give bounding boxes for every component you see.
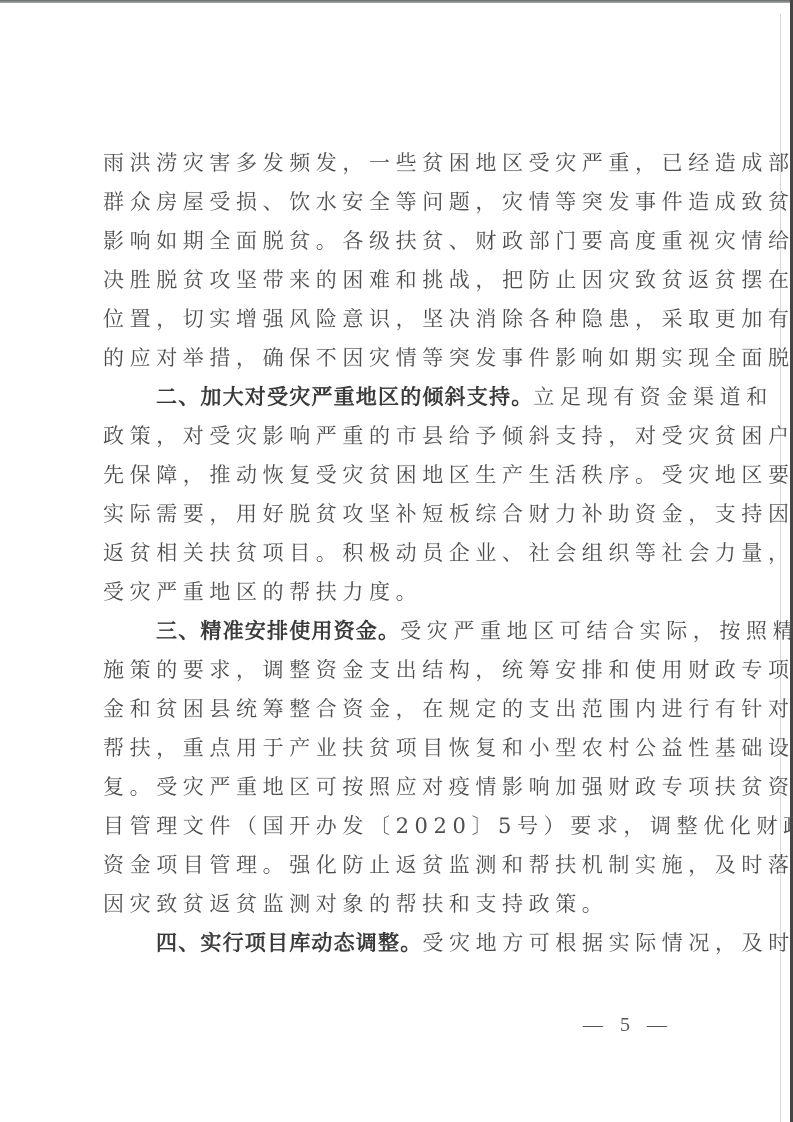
text-span: 受灾地方可根据实际情况，及时调 xyxy=(422,931,793,955)
paragraph-intro: 雨洪涝灾害多发频发，一些贫困地区受灾严重，已经造成部分贫困 群众房屋受损、饮水安… xyxy=(103,144,693,378)
text-line: 金和贫困县统筹整合资金，在规定的支出范围内进行有针对性的 xyxy=(103,690,693,729)
section-heading: 三、精准安排使用资金。 xyxy=(156,619,400,643)
text-span: 受灾严重地区可结合实际，按照精准 xyxy=(400,619,793,643)
page-number: — 5 — xyxy=(583,1014,673,1037)
text-line: 群众房屋受损、饮水安全等问题，灾情等突发事件造成致贫返贫， xyxy=(103,183,693,222)
text-line: 帮扶，重点用于产业扶贫项目恢复和小型农村公益性基础设施修 xyxy=(103,729,693,768)
text-line: 雨洪涝灾害多发频发，一些贫困地区受灾严重，已经造成部分贫困 xyxy=(103,144,693,183)
paragraph-section-3: 三、精准安排使用资金。受灾严重地区可结合实际，按照精准 施策的要求，调整资金支出… xyxy=(103,612,693,924)
text-line: 决胜脱贫攻坚带来的困难和挑战，把防止因灾致贫返贫摆在突出 xyxy=(103,261,693,300)
text-line: 四、实行项目库动态调整。受灾地方可根据实际情况，及时调 xyxy=(103,924,693,963)
text-line: 政策，对受灾影响严重的市县给予倾斜支持，对受灾贫困户给予优 xyxy=(103,417,693,456)
text-span: 立足现有资金渠道和 xyxy=(533,385,772,409)
text-line: 先保障，推动恢复受灾贫困地区生产生活秩序。受灾地区要根据 xyxy=(103,456,693,495)
text-line: 影响如期全面脱贫。各级扶贫、财政部门要高度重视灾情给决战 xyxy=(103,222,693,261)
section-heading: 二、加大对受灾严重地区的倾斜支持。 xyxy=(156,385,533,409)
scan-edge-line xyxy=(780,14,781,1122)
text-line: 位置，切实增强风险意识，坚决消除各种隐患，采取更加有力有效 xyxy=(103,300,693,339)
text-line: 二、加大对受灾严重地区的倾斜支持。立足现有资金渠道和 xyxy=(103,378,693,417)
text-line: 目管理文件（国开办发〔2020〕5号）要求，调整优化财政专项扶贫 xyxy=(103,807,693,846)
text-line: 资金项目管理。强化防止返贫监测和帮扶机制实施，及时落实对 xyxy=(103,846,693,885)
text-line: 的应对举措，确保不因灾情等突发事件影响如期实现全面脱贫。 xyxy=(103,339,693,378)
scan-edge-top xyxy=(0,0,793,3)
section-heading: 四、实行项目库动态调整。 xyxy=(156,931,422,955)
paragraph-section-2: 二、加大对受灾严重地区的倾斜支持。立足现有资金渠道和 政策，对受灾影响严重的市县… xyxy=(103,378,693,612)
text-line: 施策的要求，调整资金支出结构，统筹安排和使用财政专项扶贫资 xyxy=(103,651,693,690)
text-line: 受灾严重地区的帮扶力度。 xyxy=(103,573,693,612)
document-body: 雨洪涝灾害多发频发，一些贫困地区受灾严重，已经造成部分贫困 群众房屋受损、饮水安… xyxy=(103,144,693,963)
text-line: 因灾致贫返贫监测对象的帮扶和支持政策。 xyxy=(103,885,693,924)
text-line: 三、精准安排使用资金。受灾严重地区可结合实际，按照精准 xyxy=(103,612,693,651)
text-line: 实际需要，用好脱贫攻坚补短板综合财力补助资金，支持因灾致贫 xyxy=(103,495,693,534)
paragraph-section-4: 四、实行项目库动态调整。受灾地方可根据实际情况，及时调 xyxy=(103,924,693,963)
text-line: 返贫相关扶贫项目。积极动员企业、社会组织等社会力量，加大对 xyxy=(103,534,693,573)
text-line: 复。受灾严重地区可按照应对疫情影响加强财政专项扶贫资金项 xyxy=(103,768,693,807)
